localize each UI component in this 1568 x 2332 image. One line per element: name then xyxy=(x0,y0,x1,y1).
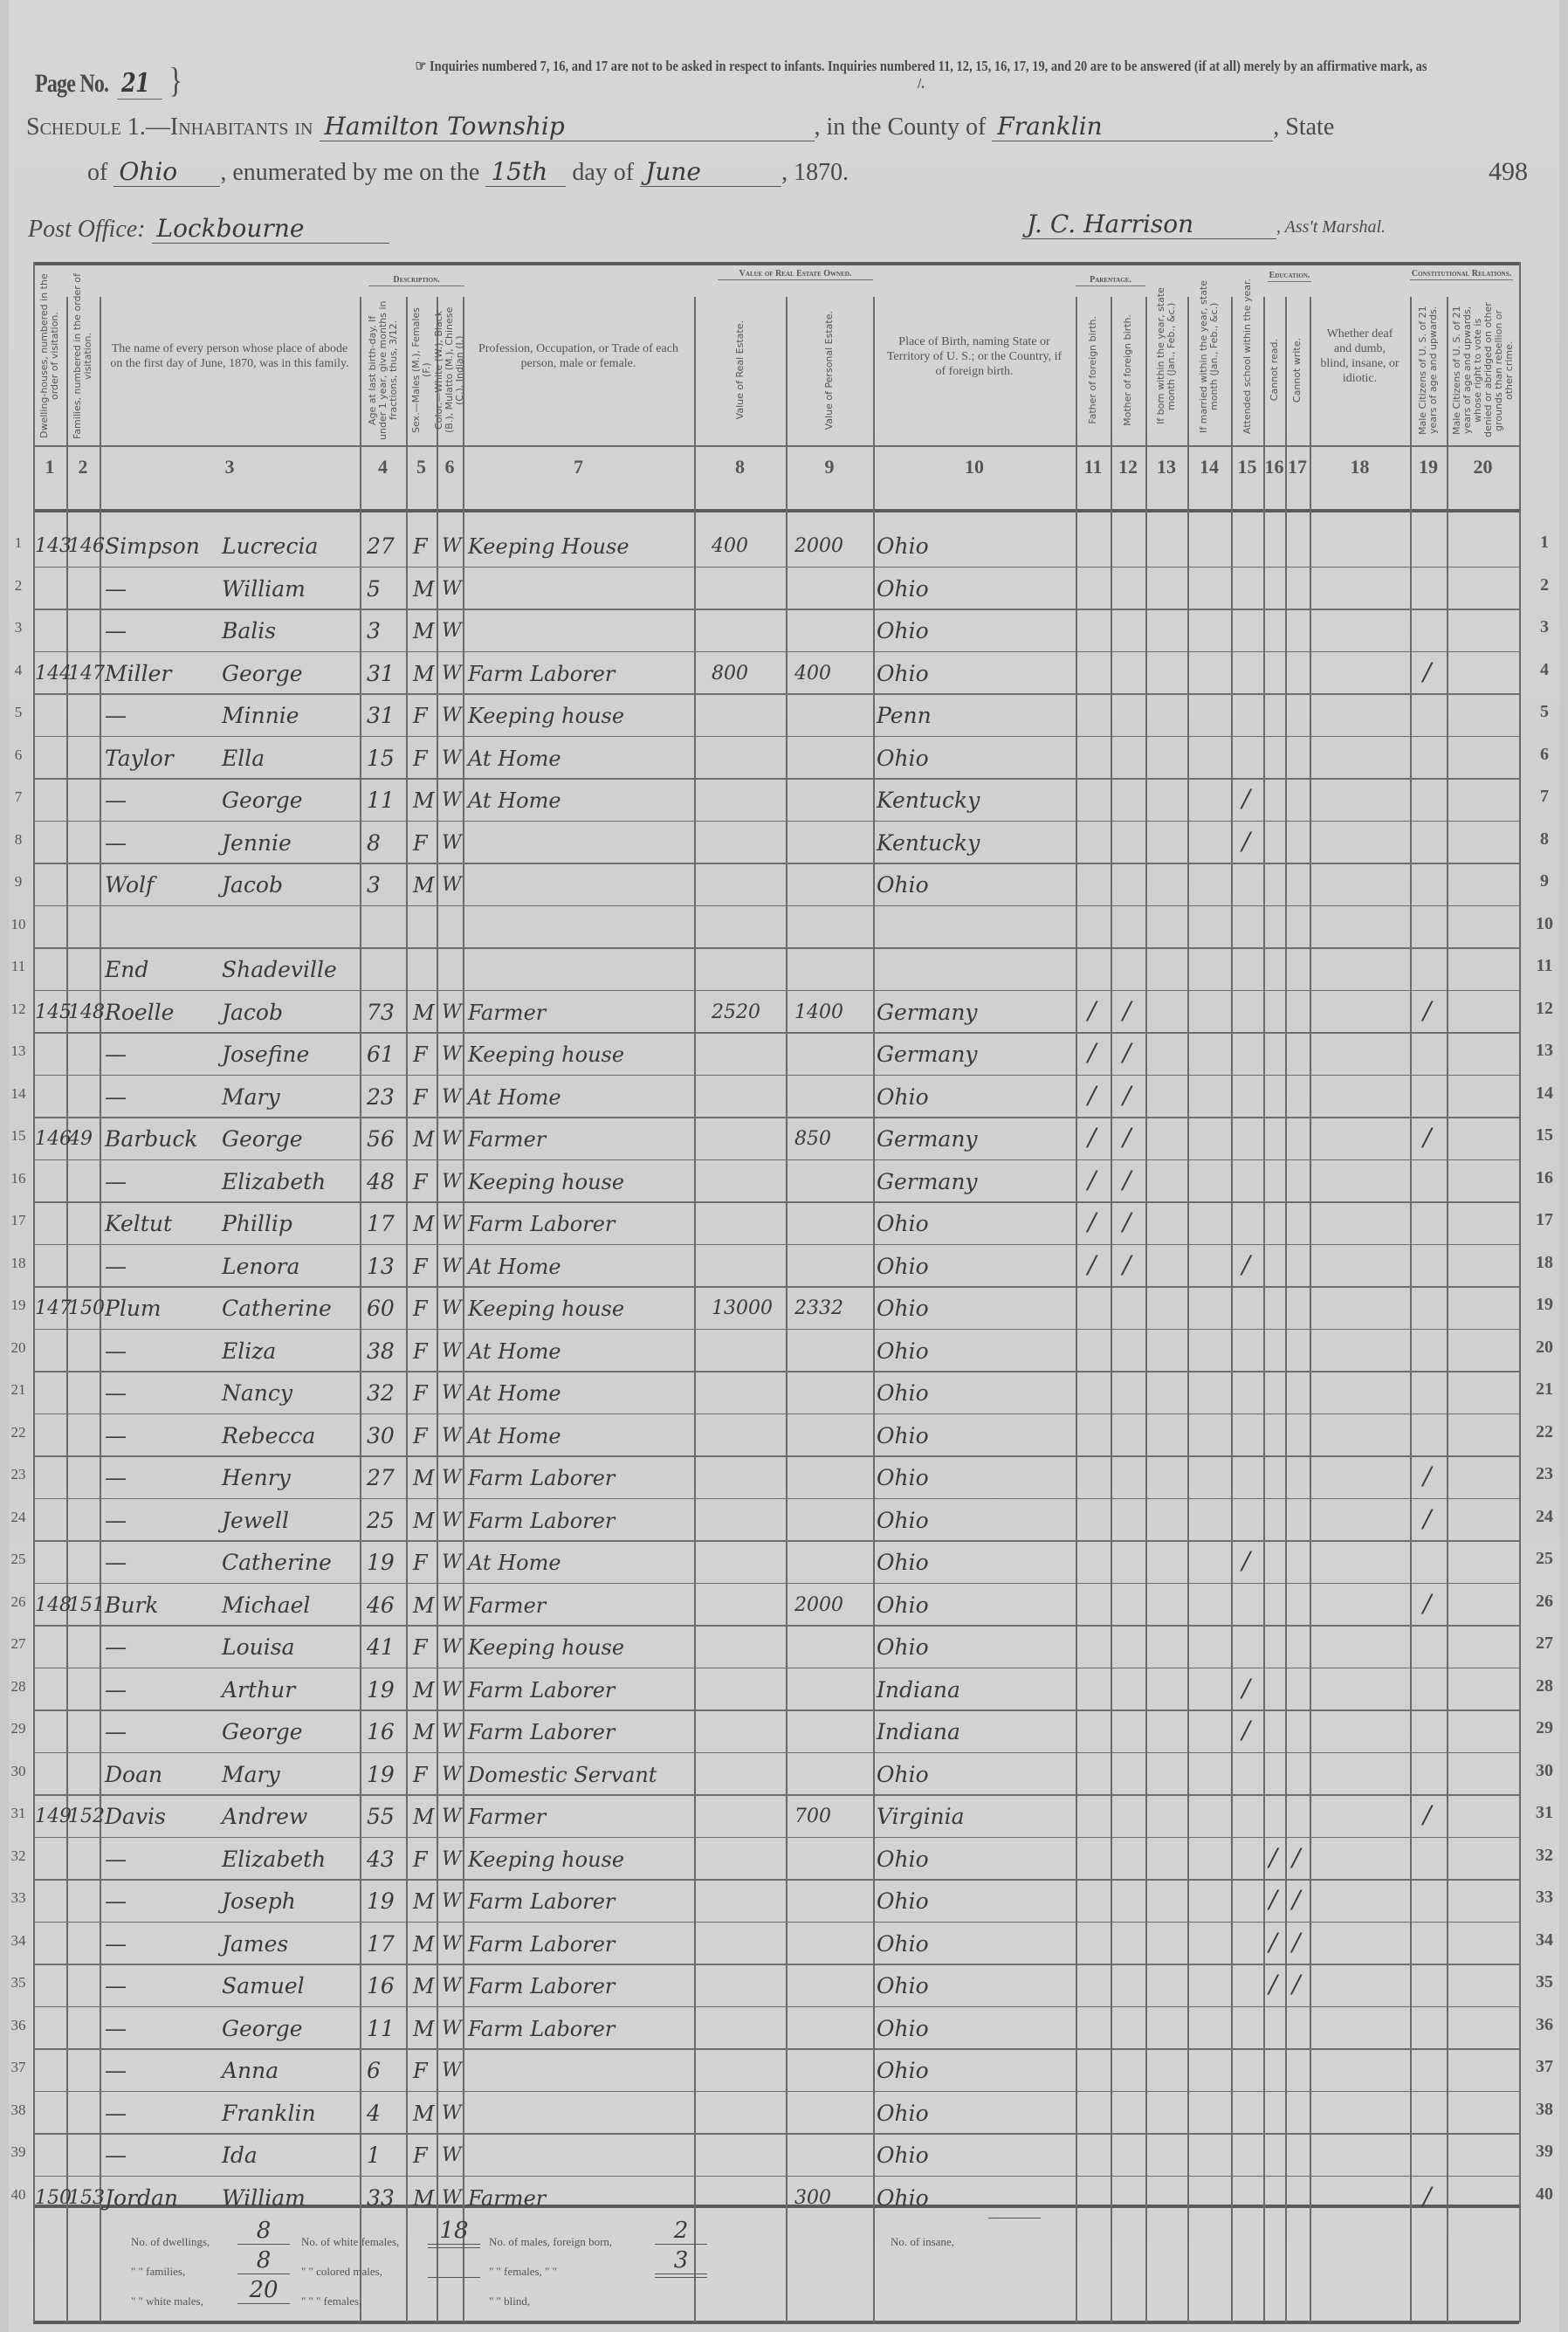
birthplace: Ohio xyxy=(877,1331,929,1372)
dwelling-number: 144 xyxy=(35,653,72,695)
line-number-left: 25 xyxy=(9,1551,28,1568)
sheet-number: 498 xyxy=(1489,157,1528,187)
dwelling-number: 149 xyxy=(35,1796,72,1838)
age: 3 xyxy=(367,610,381,652)
surname: — xyxy=(105,1627,127,1668)
affirmative-mark: / xyxy=(1123,1075,1131,1117)
column-header-10: Place of Birth, naming State or Territor… xyxy=(873,269,1076,444)
line-number-left: 20 xyxy=(9,1339,28,1357)
given-name: William xyxy=(222,568,306,610)
occupation: Farmer xyxy=(468,992,546,1034)
given-name: Josefine xyxy=(222,1034,309,1076)
line-number-right: 37 xyxy=(1522,2057,1567,2077)
column-header-8: Value of Real Estate. xyxy=(694,297,786,444)
affirmative-mark: / xyxy=(1123,1201,1131,1243)
line-number-left: 37 xyxy=(9,2059,28,2076)
sex: F xyxy=(413,1246,428,1288)
line-number-left: 31 xyxy=(9,1805,28,1822)
color: W xyxy=(442,1500,462,1542)
footer-white-males-label: " " white males, xyxy=(131,2294,203,2308)
birthplace: Ohio xyxy=(877,1246,929,1288)
birthplace: Germany xyxy=(877,1118,978,1160)
footer-insane-value xyxy=(988,2218,1041,2218)
instructions-text: Inquiries numbered 7, 16, and 17 are not… xyxy=(430,58,1427,92)
line-number-left: 35 xyxy=(9,1974,28,1991)
line-number-right: 4 xyxy=(1522,660,1567,680)
surname: — xyxy=(105,1500,127,1542)
footer-colored-females-value xyxy=(428,2277,480,2278)
given-name: Michael xyxy=(222,1585,310,1627)
personal-estate-value: 300 xyxy=(794,2177,831,2219)
column-number: 12 xyxy=(1111,456,1145,478)
color: W xyxy=(442,695,462,737)
column-number: 9 xyxy=(786,456,873,478)
surname: Simpson xyxy=(105,526,200,568)
line-number-left: 10 xyxy=(9,916,28,933)
color: W xyxy=(442,1372,462,1414)
group-constitutional: Constitutional Relations. xyxy=(1410,269,1513,280)
surname: Miller xyxy=(105,653,171,695)
footer-insane-label: No. of insane, xyxy=(891,2235,954,2249)
sex: F xyxy=(413,2050,428,2092)
affirmative-mark: / xyxy=(1123,1159,1131,1201)
surname: Taylor xyxy=(105,738,174,780)
dwelling-number: 143 xyxy=(35,526,72,568)
birthplace: Ohio xyxy=(877,2093,929,2135)
birthplace: Ohio xyxy=(877,1754,929,1796)
age: 8 xyxy=(367,822,381,864)
family-number: 147 xyxy=(68,653,105,695)
surname: — xyxy=(105,1881,127,1923)
surname: — xyxy=(105,1923,127,1965)
sex: F xyxy=(413,1839,428,1881)
affirmative-mark: / xyxy=(1292,1837,1300,1879)
column-header-label: Dwelling-houses, numbered in the order o… xyxy=(39,272,60,440)
colnum-top-rule xyxy=(33,445,1519,447)
column-header-1: Dwelling-houses, numbered in the order o… xyxy=(33,269,66,444)
occupation: Keeping house xyxy=(468,1627,624,1668)
color: W xyxy=(442,1457,462,1499)
column-divider xyxy=(1111,297,1112,2322)
line-number-left: 22 xyxy=(9,1424,28,1441)
surname: — xyxy=(105,1372,127,1414)
surname: Burk xyxy=(105,1585,159,1627)
affirmative-mark: / xyxy=(1242,1709,1250,1751)
birthplace: Penn xyxy=(877,695,932,737)
sex: F xyxy=(413,2135,428,2177)
line-number-left: 39 xyxy=(9,2143,28,2161)
age: 11 xyxy=(367,2008,395,2050)
given-name: Catherine xyxy=(222,1542,332,1584)
sex: F xyxy=(413,1161,428,1203)
line-number-left: 3 xyxy=(9,619,28,636)
color: W xyxy=(442,992,462,1034)
enumerated-label: , enumerated by me on the xyxy=(220,159,479,186)
sex: F xyxy=(413,822,428,864)
affirmative-mark: / xyxy=(1088,1032,1096,1074)
column-divider xyxy=(694,297,696,2322)
age: 15 xyxy=(367,738,395,780)
given-name: Jacob xyxy=(222,864,283,906)
line-number-left: 33 xyxy=(9,1889,28,1907)
column-header-label: Color.—White (W.), Black (B.), Mulatto (… xyxy=(434,300,465,440)
birthplace: Germany xyxy=(877,1034,978,1076)
affirmative-mark: / xyxy=(1269,1922,1277,1964)
birthplace: Ohio xyxy=(877,1965,929,2007)
age: 30 xyxy=(367,1415,395,1457)
footer-dwellings-value: 8 xyxy=(237,2218,290,2245)
surname: — xyxy=(105,2135,127,2177)
affirmative-mark: / xyxy=(1242,778,1250,820)
sex: M xyxy=(413,1669,435,1711)
occupation: Farm Laborer xyxy=(468,2008,615,2050)
post-office-field: Lockbourne xyxy=(152,214,389,244)
given-name: Ida xyxy=(222,2135,258,2177)
occupation: At Home xyxy=(468,1415,561,1457)
footer-foreign-females-label: " " females, " " xyxy=(489,2265,557,2279)
column-header-9: Value of Personal Estate. xyxy=(786,297,873,444)
given-name: George xyxy=(222,653,303,695)
age: 17 xyxy=(367,1203,395,1245)
group-parentage: Parentage. xyxy=(1076,275,1145,286)
column-header-label: Male Citizens of U. S. of 21 years of ag… xyxy=(1418,300,1439,440)
line-number-right: 34 xyxy=(1522,1930,1567,1950)
affirmative-mark: / xyxy=(1269,1964,1277,2005)
column-number: 8 xyxy=(694,456,786,478)
line-number-right: 14 xyxy=(1522,1083,1567,1104)
family-number: 150 xyxy=(68,1288,105,1330)
age: 61 xyxy=(367,1034,395,1076)
schedule-line: Schedule 1.—Inhabitants in Hamilton Town… xyxy=(26,112,1334,141)
birthplace: Kentucky xyxy=(877,780,980,822)
occupation: Farm Laborer xyxy=(468,1711,615,1753)
affirmative-mark: / xyxy=(1123,1117,1131,1159)
birthplace: Ohio xyxy=(877,2177,929,2219)
age: 46 xyxy=(367,1585,395,1627)
column-header-18: Whether deaf and dumb, blind, insane, or… xyxy=(1310,269,1410,444)
affirmative-mark: / xyxy=(1423,1498,1431,1540)
column-number: 6 xyxy=(437,456,463,478)
line-number-right: 12 xyxy=(1522,999,1567,1019)
surname: — xyxy=(105,2008,127,2050)
birthplace: Ohio xyxy=(877,568,929,610)
column-number: 5 xyxy=(406,456,437,478)
column-header-17: Cannot write. xyxy=(1285,297,1310,444)
column-header-5: Sex.—Males (M.), Females (F.) xyxy=(406,297,437,444)
family-number: 146 xyxy=(68,526,105,568)
sex: M xyxy=(413,1500,435,1542)
color: W xyxy=(442,780,462,822)
occupation: At Home xyxy=(468,780,561,822)
group-description: Description. xyxy=(368,275,464,286)
birthplace: Indiana xyxy=(877,1711,960,1753)
column-header-label: Value of Real Estate. xyxy=(735,320,746,419)
column-header-label: Attended school within the year. xyxy=(1242,279,1253,434)
line-number-right: 26 xyxy=(1522,1592,1567,1612)
column-header-4: Age at last birth-day. If under 1 year, … xyxy=(360,297,406,444)
of-label: of xyxy=(87,159,107,186)
table-bottom-rule xyxy=(33,2321,1519,2324)
color: W xyxy=(442,526,462,568)
line-number-left: 7 xyxy=(9,788,28,806)
line-number-left: 6 xyxy=(9,746,28,764)
affirmative-mark: / xyxy=(1423,1794,1431,1836)
page-label: Page No. xyxy=(35,69,108,98)
personal-estate-value: 1400 xyxy=(794,992,843,1034)
age: 27 xyxy=(367,1457,395,1499)
given-name: Lenora xyxy=(222,1246,299,1288)
line-number-left: 2 xyxy=(9,577,28,595)
occupation: At Home xyxy=(468,1331,561,1372)
surname: — xyxy=(105,1161,127,1203)
column-divider xyxy=(1447,297,1448,2322)
age: 60 xyxy=(367,1288,395,1330)
birthplace: Ohio xyxy=(877,2050,929,2092)
line-number-right: 27 xyxy=(1522,1634,1567,1654)
line-number-right: 2 xyxy=(1522,575,1567,595)
line-number-left: 1 xyxy=(9,534,28,552)
county-field: Franklin xyxy=(992,112,1273,141)
surname: Jordan xyxy=(105,2177,178,2219)
given-name: Nancy xyxy=(222,1372,292,1414)
page-number: 21 xyxy=(117,68,162,100)
line-number-right: 35 xyxy=(1522,1972,1567,1992)
sex: M xyxy=(413,610,435,652)
sex: F xyxy=(413,1288,428,1330)
color: W xyxy=(442,568,462,610)
line-number-right: 23 xyxy=(1522,1464,1567,1484)
sex: M xyxy=(413,568,435,610)
marshal-line: J. C. Harrison, Ass't Marshal. xyxy=(1021,210,1386,239)
color: W xyxy=(442,1246,462,1288)
surname: — xyxy=(105,1034,127,1076)
color: W xyxy=(442,610,462,652)
line-number-right: 6 xyxy=(1522,745,1567,765)
post-office-label: Post Office: xyxy=(28,216,146,243)
occupation: At Home xyxy=(468,1246,561,1288)
line-number-right: 40 xyxy=(1522,2184,1567,2205)
column-divider xyxy=(1145,297,1147,2322)
given-name: Phillip xyxy=(222,1203,292,1245)
affirmative-mark: / xyxy=(1292,1964,1300,2005)
dwelling-number: 145 xyxy=(35,992,72,1034)
personal-estate-value: 700 xyxy=(794,1796,831,1838)
birthplace: Indiana xyxy=(877,1669,960,1711)
column-header-7: Profession, Occupation, or Trade of each… xyxy=(463,269,694,444)
family-number: 49 xyxy=(68,1118,93,1160)
line-number-right: 10 xyxy=(1522,914,1567,934)
birthplace: Ohio xyxy=(877,1500,929,1542)
color: W xyxy=(442,1161,462,1203)
birthplace: Ohio xyxy=(877,1839,929,1881)
column-header-16: Cannot read. xyxy=(1263,297,1285,444)
sex: M xyxy=(413,2177,435,2219)
affirmative-mark: / xyxy=(1242,1540,1250,1582)
sex: M xyxy=(413,864,435,906)
line-number-right: 24 xyxy=(1522,1507,1567,1527)
age: 38 xyxy=(367,1331,395,1372)
birthplace: Ohio xyxy=(877,1542,929,1584)
sex: F xyxy=(413,1034,428,1076)
sex: M xyxy=(413,1118,435,1160)
surname: Doan xyxy=(105,1754,162,1796)
given-name: Louisa xyxy=(222,1627,294,1668)
line-number-left: 19 xyxy=(9,1297,28,1314)
age: 19 xyxy=(367,1542,395,1584)
real-estate-value: 2520 xyxy=(712,992,760,1034)
age: 3 xyxy=(367,864,381,906)
birthplace: Virginia xyxy=(877,1796,965,1838)
surname: — xyxy=(105,1669,127,1711)
column-header-label: If born within the year, state month (Ja… xyxy=(1156,272,1177,440)
footer-foreign-males-label: No. of males, foreign born, xyxy=(489,2235,612,2249)
column-header-label: Place of Birth, naming State or Territor… xyxy=(873,334,1076,379)
sex: M xyxy=(413,2093,435,2135)
age: 17 xyxy=(367,1923,395,1965)
column-number: 17 xyxy=(1285,456,1310,478)
affirmative-mark: / xyxy=(1423,1117,1431,1159)
sex: F xyxy=(413,1542,428,1584)
line-number-right: 20 xyxy=(1522,1338,1567,1358)
sex: F xyxy=(413,1627,428,1668)
affirmative-mark: / xyxy=(1242,821,1250,863)
line-number-right: 29 xyxy=(1522,1718,1567,1738)
color: W xyxy=(442,2177,462,2219)
column-number: 19 xyxy=(1410,456,1447,478)
footer-families-value: 8 xyxy=(237,2247,290,2274)
occupation: Farmer xyxy=(468,1585,546,1627)
line-number-left: 4 xyxy=(9,662,28,679)
color: W xyxy=(442,1203,462,1245)
sex: F xyxy=(413,1415,428,1457)
line-number-right: 9 xyxy=(1522,871,1567,891)
footer-white-males-value: 20 xyxy=(237,2277,290,2304)
age: 16 xyxy=(367,1711,395,1753)
color: W xyxy=(442,1415,462,1457)
given-name: Lucrecia xyxy=(222,526,318,568)
line-number-right: 15 xyxy=(1522,1125,1567,1145)
column-number: 20 xyxy=(1447,456,1519,478)
column-header-19: Male Citizens of U. S. of 21 years of ag… xyxy=(1410,297,1447,444)
column-header-label: The name of every person whose place of … xyxy=(100,341,360,371)
surname: — xyxy=(105,568,127,610)
birthplace: Ohio xyxy=(877,526,929,568)
sex: F xyxy=(413,1331,428,1372)
sex: F xyxy=(413,526,428,568)
given-name: George xyxy=(222,780,303,822)
line-number-right: 1 xyxy=(1522,533,1567,553)
given-name: Henry xyxy=(222,1457,291,1499)
real-estate-value: 400 xyxy=(712,526,748,568)
column-divider xyxy=(360,297,361,2322)
occupation: Domestic Servant xyxy=(468,1754,657,1796)
line-number-left: 18 xyxy=(9,1255,28,1272)
line-number-left: 13 xyxy=(9,1042,28,1060)
line-number-right: 31 xyxy=(1522,1803,1567,1823)
given-name: Andrew xyxy=(222,1796,307,1838)
line-number-right: 13 xyxy=(1522,1041,1567,1061)
birthplace: Ohio xyxy=(877,1585,929,1627)
state-field: Ohio xyxy=(113,157,220,187)
color: W xyxy=(442,653,462,695)
color: W xyxy=(442,1034,462,1076)
given-name: Elizabeth xyxy=(222,1839,326,1881)
line-number-left: 26 xyxy=(9,1593,28,1611)
personal-estate-value: 850 xyxy=(794,1118,831,1160)
line-number-left: 27 xyxy=(9,1635,28,1653)
sex: M xyxy=(413,1711,435,1753)
occupation: Farmer xyxy=(468,1796,546,1838)
line-number-right: 22 xyxy=(1522,1422,1567,1442)
birthplace: Ohio xyxy=(877,738,929,780)
occupation: At Home xyxy=(468,1077,561,1118)
sex: M xyxy=(413,2008,435,2050)
day-of-label: day of xyxy=(572,159,634,186)
affirmative-mark: / xyxy=(1292,1879,1300,1921)
sex: F xyxy=(413,738,428,780)
personal-estate-value: 2000 xyxy=(794,526,843,568)
color: W xyxy=(442,1711,462,1753)
occupation: Farm Laborer xyxy=(468,1500,615,1542)
column-header-2: Families, numbered in the order of visit… xyxy=(66,269,100,444)
footer-families-label: " " families, xyxy=(131,2265,185,2279)
occupation: Farm Laborer xyxy=(468,1203,615,1245)
line-number-left: 24 xyxy=(9,1509,28,1526)
color: W xyxy=(442,2050,462,2092)
column-number: 7 xyxy=(463,456,694,478)
month-field: June xyxy=(640,157,781,187)
column-header-label: If married within the year, state month … xyxy=(1199,272,1220,440)
column-number: 11 xyxy=(1076,456,1111,478)
instructions-note: ☞ Inquiries numbered 7, 16, and 17 are n… xyxy=(413,58,1430,93)
footer-blind-label: " " blind, xyxy=(489,2294,530,2308)
place-field: Hamilton Township xyxy=(320,112,815,141)
sex: M xyxy=(413,992,435,1034)
column-header-label: Age at last birth-day. If under 1 year, … xyxy=(368,300,399,440)
county-label: , in the County of xyxy=(815,114,987,141)
line-number-right: 17 xyxy=(1522,1210,1567,1230)
color: W xyxy=(442,2093,462,2135)
dwelling-number: 146 xyxy=(35,1118,72,1160)
birthplace: Ohio xyxy=(877,1881,929,1923)
age: 31 xyxy=(367,653,395,695)
column-divider xyxy=(1285,297,1287,2322)
age: 43 xyxy=(367,1839,395,1881)
line-number-right: 7 xyxy=(1522,787,1567,807)
footer-white-females-value: 18 xyxy=(428,2218,480,2245)
given-name: Shadeville xyxy=(222,949,337,991)
age: 16 xyxy=(367,1965,395,2007)
column-header-15: Attended school within the year. xyxy=(1231,269,1263,444)
surname: Keltut xyxy=(105,1203,172,1245)
affirmative-mark: / xyxy=(1269,1879,1277,1921)
age: 6 xyxy=(367,2050,381,2092)
surname: — xyxy=(105,695,127,737)
family-number: 148 xyxy=(68,992,105,1034)
given-name: Catherine xyxy=(222,1288,332,1330)
color: W xyxy=(442,1754,462,1796)
column-header-label: Mother of foreign birth. xyxy=(1123,314,1133,426)
affirmative-mark: / xyxy=(1088,1159,1096,1201)
age: 56 xyxy=(367,1118,395,1160)
age: 19 xyxy=(367,1669,395,1711)
affirmative-mark: / xyxy=(1423,1455,1431,1497)
line-number-left: 36 xyxy=(9,2017,28,2034)
line-number-right: 11 xyxy=(1522,956,1567,976)
state-label: , State xyxy=(1273,114,1334,141)
given-name: Anna xyxy=(222,2050,279,2092)
color: W xyxy=(442,864,462,906)
